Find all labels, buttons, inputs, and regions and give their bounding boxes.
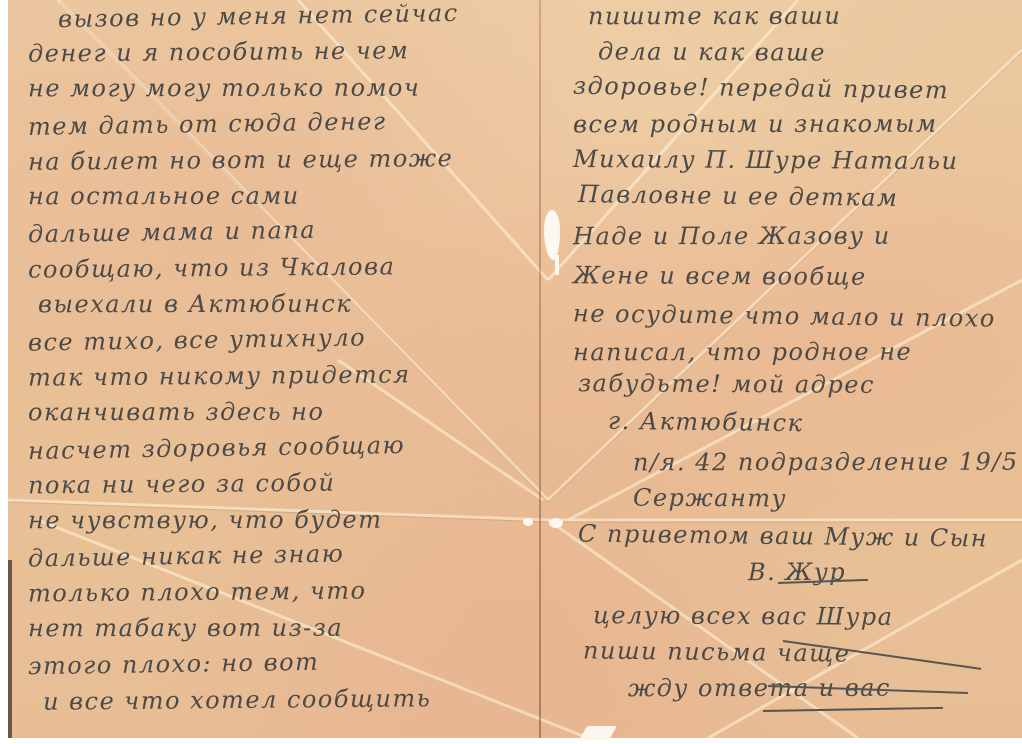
center-fold	[539, 0, 541, 738]
letter-sheet: вызов но у меня нет сейчасденег и я посо…	[8, 0, 1022, 738]
paper-edge-shadow	[8, 560, 12, 738]
handwritten-line: сообщаю, что из Чкалова	[28, 252, 396, 283]
handwritten-line: дальше мама и папа	[28, 216, 316, 249]
paper-hole	[549, 518, 563, 528]
handwritten-line: все тихо, все утихнуло	[28, 323, 366, 356]
handwritten-line: только плохо тем, что	[28, 577, 367, 608]
handwritten-line: выехали в Актюбинск	[38, 290, 352, 319]
handwritten-line: Жене и всем вообще	[573, 261, 867, 291]
handwritten-line: Павловне и ее деткам	[578, 180, 899, 212]
handwritten-line: нет табаку вот из-за	[28, 614, 343, 643]
handwritten-line: всем родным и знакомым	[573, 110, 938, 139]
handwritten-line: С приветом ваш Муж и Сын	[578, 519, 988, 552]
handwritten-line: написал, что родное не	[573, 338, 912, 367]
handwritten-line: Сержанту	[633, 484, 787, 513]
handwritten-line: Михаилу П. Шуре Натальи	[573, 145, 959, 175]
handwritten-line: насчет здоровья сообщаю	[28, 431, 406, 465]
handwritten-line: пока ни чего за собой	[28, 469, 336, 500]
handwritten-line: не чувствую, что будет	[28, 506, 383, 535]
handwritten-line: пишите как ваши	[588, 2, 841, 30]
handwritten-line: тем дать от сюда денег	[28, 107, 387, 141]
handwritten-line: денег и я пособить не чем	[28, 36, 410, 67]
handwritten-line: Наде и Поле Жазову и	[573, 222, 891, 251]
handwritten-line: вызов но у меня нет сейчас	[58, 0, 459, 33]
handwritten-line: и все что хотел сообщить	[43, 684, 431, 715]
handwritten-line: дела и как ваше	[598, 37, 826, 66]
paper-hole	[579, 726, 617, 740]
handwritten-line: не осудите что мало и плохо	[573, 299, 996, 332]
handwritten-line: не могу могу только помоч	[28, 74, 420, 103]
handwritten-line: оканчивать здесь но	[28, 398, 324, 427]
handwritten-line: дальше никак не знаю	[28, 540, 345, 573]
pen-stroke	[763, 707, 943, 712]
paper-tear-tail	[555, 255, 559, 275]
handwritten-line: целую всех вас Шура	[593, 601, 894, 631]
handwritten-line: г. Актюбинск	[608, 407, 804, 437]
handwritten-line: этого плохо: но вот	[28, 648, 320, 681]
handwritten-line: пиши письма чаще	[583, 636, 851, 667]
handwritten-line: на билет но вот и еще тоже	[28, 144, 453, 176]
handwritten-line: п/я. 42 подразделение 19/5	[633, 448, 1019, 477]
handwritten-line: забудьте! мой адрес	[578, 369, 875, 399]
paper-tear	[544, 210, 560, 260]
handwritten-line: здоровье! передай привет	[573, 72, 949, 105]
paper-hole	[523, 518, 533, 526]
handwritten-line: так что никому придется	[28, 360, 411, 391]
handwritten-line: на остальное сами	[28, 182, 300, 210]
